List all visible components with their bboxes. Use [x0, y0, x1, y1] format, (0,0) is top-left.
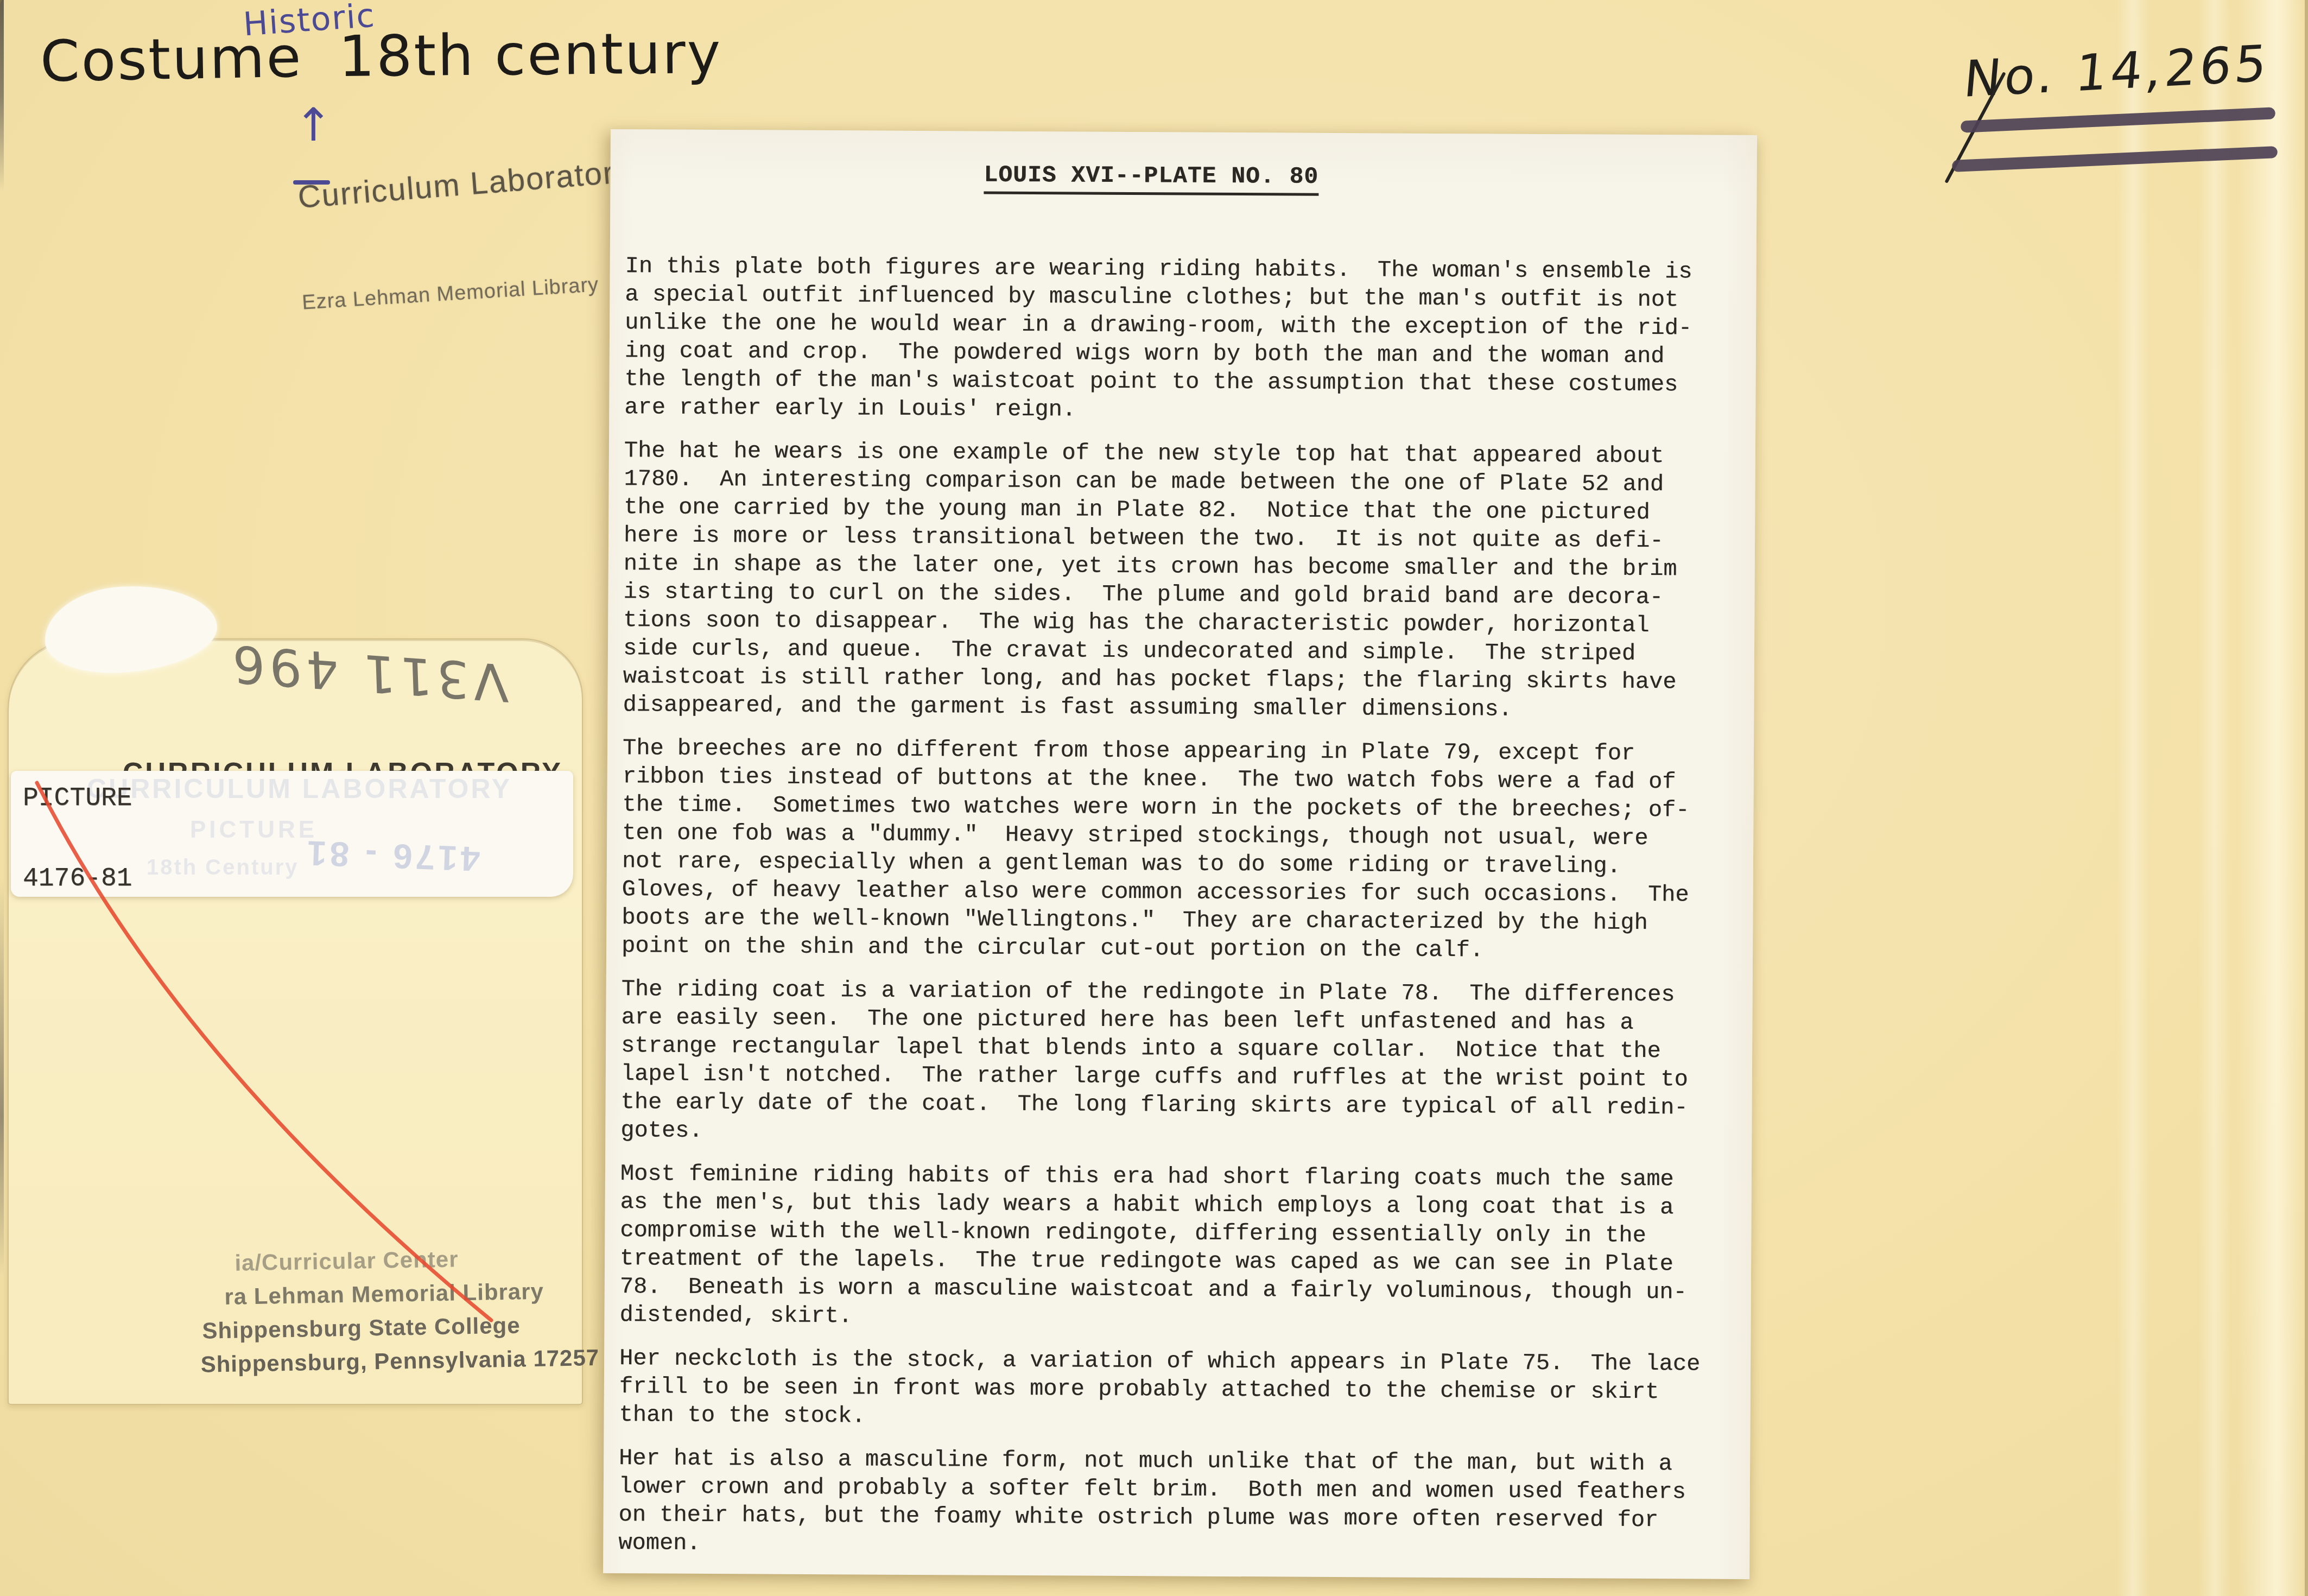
- typed-paragraph: Most feminine riding habits of this era …: [619, 1160, 1733, 1335]
- typed-sheet: LOUIS XVI--PLATE NO. 80 In this plate bo…: [603, 129, 1757, 1579]
- label-number: 4176-81: [23, 864, 132, 894]
- envelope-pocket: V311 496 CURRICULUM LABORATORY CURRICULU…: [8, 638, 583, 1405]
- scan-light-strip: [2237, 0, 2303, 1596]
- address-stamp: ia/Curricular Center ra Lehman Memorial …: [192, 1239, 629, 1382]
- label-picture: PICTURE: [23, 784, 132, 813]
- plate-title: LOUIS XVI--PLATE NO. 80: [984, 162, 1318, 196]
- typed-paragraph: Her neckcloth is the stock, a variation …: [619, 1344, 1732, 1435]
- archival-scan: Costume Historic ↑ 18th century No. 14,2…: [0, 0, 2308, 1596]
- caret-arrow-icon: ↑: [294, 102, 334, 148]
- catalog-label: CURRICULUM LABORATORY PICTURE 18th Centu…: [11, 771, 573, 897]
- scan-left-edge: [0, 0, 4, 1596]
- backing-streak: [2117, 0, 2150, 1596]
- ezra-lehman-library-stamp: Ezra Lehman Memorial Library: [301, 273, 599, 314]
- typed-paragraph: Her hat is also a masculine form, not mu…: [618, 1444, 1732, 1563]
- handwritten-era: 18th century: [338, 20, 722, 90]
- typed-text: In this plate both figures are wearing r…: [618, 252, 1738, 1578]
- backing-streak: [2198, 0, 2231, 1596]
- address-line: Shippensburg, Pennsylvania 17257: [200, 1340, 629, 1382]
- typed-paragraph: In this plate both figures are wearing r…: [624, 252, 1738, 427]
- pencil-call-number-upside-down: V311 496: [227, 633, 510, 712]
- typed-paragraph: The breeches are no different from those…: [622, 734, 1735, 966]
- scan-right-edge: [2305, 0, 2308, 1596]
- typed-paragraph: The riding coat is a variation of the re…: [620, 975, 1734, 1150]
- label-lines: PICTURE 4176-81 COSTUME--EUROPEAN--1775-…: [23, 778, 461, 897]
- curriculum-laboratory-stamp: Curriculum Laboratory: [296, 153, 632, 216]
- typed-paragraph: The hat he wears is one example of the n…: [623, 436, 1737, 725]
